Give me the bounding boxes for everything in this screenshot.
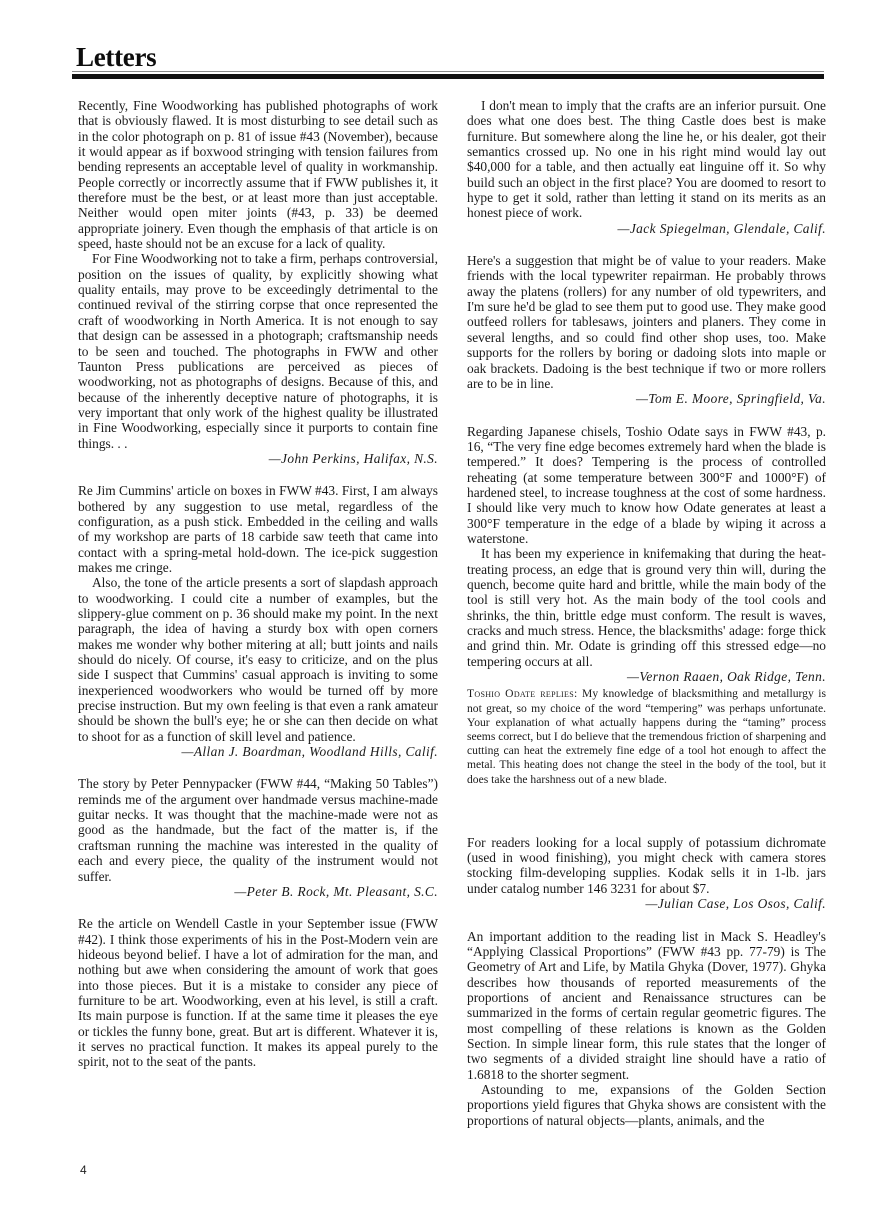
letter-paragraph: Re the article on Wendell Castle in your… xyxy=(78,916,438,1069)
letter-signature: —John Perkins, Halifax, N.S. xyxy=(78,451,438,466)
left-column: Recently, Fine Woodworking has published… xyxy=(78,98,438,1087)
letter-paragraph: I don't mean to imply that the crafts ar… xyxy=(467,98,826,221)
letter-paragraph: Regarding Japanese chisels, Toshio Odate… xyxy=(467,424,826,547)
letter-paragraph: The story by Peter Pennypacker (FWW #44,… xyxy=(78,776,438,883)
letter-spiegelman-cont: I don't mean to imply that the crafts ar… xyxy=(467,98,826,236)
header-rule-thin xyxy=(72,71,824,72)
letter-signature: —Peter B. Rock, Mt. Pleasant, S.C. xyxy=(78,884,438,899)
letter-rock: The story by Peter Pennypacker (FWW #44,… xyxy=(78,776,438,899)
letter-perkins: Recently, Fine Woodworking has published… xyxy=(78,98,438,466)
letter-paragraph: Recently, Fine Woodworking has published… xyxy=(78,98,438,251)
letter-signature: —Allan J. Boardman, Woodland Hills, Cali… xyxy=(78,744,438,759)
letter-paragraph: Also, the tone of the article presents a… xyxy=(78,575,438,744)
letter-case: For readers looking for a local supply o… xyxy=(467,835,826,912)
letter-paragraph: For Fine Woodworking not to take a firm,… xyxy=(78,251,438,450)
letter-signature: —Vernon Raaen, Oak Ridge, Tenn. xyxy=(467,669,826,684)
letter-raaen: Regarding Japanese chisels, Toshio Odate… xyxy=(467,424,826,685)
letter-golden-section: An important addition to the reading lis… xyxy=(467,929,826,1128)
letter-boardman: Re Jim Cummins' article on boxes in FWW … xyxy=(78,483,438,759)
letter-spiegelman-start: Re the article on Wendell Castle in your… xyxy=(78,916,438,1069)
letter-signature: —Jack Spiegelman, Glendale, Calif. xyxy=(467,221,826,236)
page-number: 4 xyxy=(80,1163,87,1177)
reply-text: My knowledge of blacksmithing and metall… xyxy=(467,687,826,785)
letter-paragraph: Here's a suggestion that might be of val… xyxy=(467,253,826,391)
letter-signature: —Julian Case, Los Osos, Calif. xyxy=(467,896,826,911)
section-title: Letters xyxy=(76,42,156,72)
letter-paragraph: An important addition to the reading lis… xyxy=(467,929,826,1082)
header-rule-thick xyxy=(72,74,824,79)
letter-signature: —Tom E. Moore, Springfield, Va. xyxy=(467,391,826,406)
right-column: I don't mean to imply that the crafts ar… xyxy=(467,98,826,1145)
letter-moore: Here's a suggestion that might be of val… xyxy=(467,253,826,406)
editor-reply-odate: Toshio Odate replies: My knowledge of bl… xyxy=(467,687,826,786)
reply-label: Toshio Odate replies: xyxy=(467,687,577,700)
letter-paragraph: For readers looking for a local supply o… xyxy=(467,835,826,896)
letter-paragraph: Astounding to me, expansions of the Gold… xyxy=(467,1082,826,1128)
letter-paragraph: It has been my experience in knifemaking… xyxy=(467,546,826,669)
letter-paragraph: Re Jim Cummins' article on boxes in FWW … xyxy=(78,483,438,575)
